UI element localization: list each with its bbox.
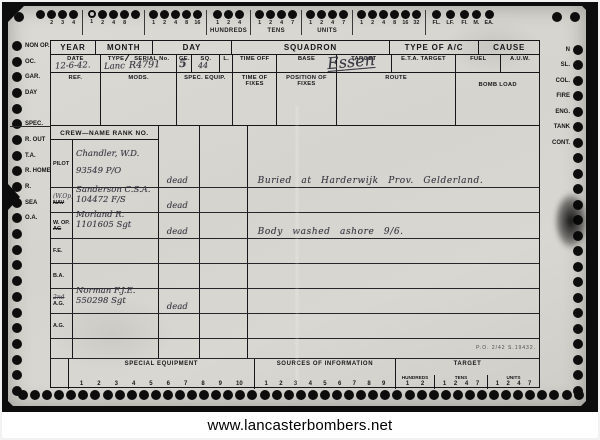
punch-hole: [446, 10, 455, 19]
punch-hole: [573, 324, 583, 334]
punch-hole: [489, 390, 499, 400]
scale-unit: 8: [389, 10, 400, 27]
crew-number-rank: 550298 Sgt: [76, 296, 158, 306]
scale-tick: 8: [367, 381, 370, 387]
scale-tick: 4: [517, 381, 520, 387]
scale-tick: 8: [393, 20, 396, 26]
header-cell: DAY: [153, 41, 233, 55]
crew-role-cell: B.A.: [51, 264, 73, 288]
right-edge-item: CONT.: [536, 135, 583, 151]
punch-hole: [308, 390, 318, 400]
punch-hole: [160, 10, 169, 19]
crew-spare-cell: [200, 339, 248, 358]
scale-tick: 4: [72, 20, 75, 26]
crew-status: dead: [167, 227, 188, 237]
scale-unit: M.: [471, 10, 482, 27]
detail-cell: ROUTE: [337, 73, 457, 126]
punch-hole: [472, 10, 481, 19]
crew-remark-cell: [248, 188, 539, 212]
scale-unit: 16: [192, 10, 203, 27]
scale-tick: 7: [342, 20, 345, 26]
scale-tick: 5: [149, 381, 152, 387]
edge-divider: [10, 126, 50, 127]
right-edge-item: N: [536, 42, 583, 58]
field-cell: TIME OFF: [233, 55, 277, 73]
bottom-punch-row: [18, 390, 584, 400]
punch-hole: [12, 104, 22, 114]
punch-hole: [78, 390, 88, 400]
right-edge-item: [536, 290, 583, 306]
crew-status-column-head: [159, 126, 200, 140]
punch-hole: [12, 355, 22, 365]
punch-hole: [255, 10, 264, 19]
punch-hole: [171, 10, 180, 19]
right-edge-item: [536, 166, 583, 182]
header-cell: CAUSE: [479, 41, 539, 55]
punch-hole: [260, 390, 270, 400]
crew-role-label: A.G.: [53, 301, 72, 307]
scale-label: TENS: [267, 27, 285, 35]
scale-unit: LF.: [443, 10, 457, 27]
target-scale: TARGETHUNDREDS12TENS1247UNITS1247: [396, 359, 539, 389]
scale-tick: 2: [454, 381, 457, 387]
punch-hole: [12, 370, 22, 380]
subgroup-ticks: 1247: [488, 381, 539, 389]
top-punch-scales: 2341248124816124HUNDREDS1247TENS1247UNIT…: [32, 10, 499, 35]
punch-hole: [88, 10, 96, 18]
punch-hole: [460, 10, 469, 19]
scale-tick: 2: [320, 20, 323, 26]
scale-unit: 8: [181, 10, 192, 27]
year-scale: 234: [32, 10, 82, 35]
punch-hole: [12, 276, 22, 286]
scale-tick: 1: [90, 19, 93, 25]
punch-hole: [477, 390, 487, 400]
scale-tick: 4: [112, 20, 115, 26]
crew-name: Chandler, W.D.: [76, 149, 158, 159]
crew-spare-cell: [200, 188, 248, 212]
scale-unit: 4: [68, 10, 79, 27]
right-edge-item: COL.: [536, 73, 583, 89]
target-subgroup: UNITS1247: [487, 375, 539, 389]
scale-tick: 2: [227, 20, 230, 26]
right-edge-label: COL.: [536, 78, 570, 84]
scale-unit: 4: [327, 10, 338, 27]
scale-unit: 1: [254, 10, 265, 27]
punch-hole: [12, 213, 22, 223]
punch-hole: [328, 10, 337, 19]
scale-label: HUNDREDS: [210, 27, 247, 35]
punch-hole: [573, 308, 583, 318]
scanned-photo: 2341248124816124HUNDREDS1247TENS1247UNIT…: [0, 0, 600, 440]
punch-hole: [573, 76, 583, 86]
punch-hole: [182, 10, 191, 19]
punch-hole: [42, 390, 52, 400]
crew-role-cell: (W.Op)NAV: [51, 188, 73, 212]
punch-hole: [175, 390, 185, 400]
right-edge-item: SL.: [536, 58, 583, 74]
crew-spare-cell: [200, 289, 248, 313]
punch-hole: [320, 390, 330, 400]
punch-hole: [573, 169, 583, 179]
crew-rows: PILOTChandler, W.D.93549 P/OdeadBuried a…: [51, 140, 539, 359]
punch-hole: [66, 390, 76, 400]
punch-hole: [380, 390, 390, 400]
crew-name-cell: [73, 239, 159, 263]
punch-hole: [98, 10, 107, 19]
punch-hole: [149, 10, 158, 19]
bottom-scales-band: SPECIAL EQUIPMENT12345678910SOURCES OF I…: [51, 359, 539, 389]
target-subgroup: TENS1247: [434, 375, 487, 389]
scale-unit: 2: [159, 10, 170, 27]
crew-spare-cell: [200, 140, 248, 187]
crew-role-cell: W. OP.AG: [51, 213, 73, 238]
scale-unit: [35, 10, 46, 27]
scale-unit: 1: [86, 10, 97, 27]
handwritten-ge: 5: [179, 57, 187, 70]
scale-tick: 32: [414, 20, 420, 26]
handwritten-squadron: 44: [198, 61, 208, 70]
crew-header-title: CREW—NAME RANK NO.: [51, 126, 159, 140]
right-edge-item: [536, 306, 583, 322]
scale-unit: 7: [338, 10, 349, 27]
crew-number-rank: 1101605 Sgt: [76, 220, 158, 230]
crew-spare-column-head: [200, 126, 248, 140]
punch-hole: [266, 10, 275, 19]
handwritten-date: 12-6-42.: [55, 60, 91, 71]
scale-unit: 1: [148, 10, 159, 27]
scale-tick: 4: [331, 20, 334, 26]
punch-hole: [12, 245, 22, 255]
target-subgroups: HUNDREDS12TENS1247UNITS1247: [396, 375, 539, 389]
punch-hole: [392, 390, 402, 400]
scale-tick: 7: [353, 381, 356, 387]
scale-tick: 1: [258, 20, 261, 26]
scale-unit: 16: [400, 10, 411, 27]
target-scale-title: TARGET: [396, 359, 539, 367]
crew-role-label: PILOT: [53, 161, 72, 167]
punch-hole: [115, 390, 125, 400]
scale-tick: LF.: [446, 20, 454, 26]
punch-hole: [296, 390, 306, 400]
target-subgroup: HUNDREDS12: [396, 375, 434, 389]
field-cell: L.: [220, 55, 233, 73]
cause-scale: FL.LF.FI.M.EA.: [425, 10, 499, 35]
scale-dots: 1247: [254, 10, 298, 27]
scale-unit: 4: [276, 10, 287, 27]
field-label: BASE: [298, 56, 315, 62]
scale-unit: 1: [305, 10, 316, 27]
loss-record-card: 2341248124816124HUNDREDS1247TENS1247UNIT…: [8, 6, 586, 406]
scale-tick: 2: [279, 381, 282, 387]
field-label: FUEL: [470, 56, 486, 62]
scale-dots: 234: [35, 10, 79, 27]
crew-role-cell: 2ndA.G.: [51, 289, 73, 313]
punch-hole: [573, 45, 583, 55]
scale-dots: 12481632: [356, 10, 422, 27]
crew-status: dead: [167, 201, 188, 211]
scale-unit: [130, 10, 141, 27]
punch-hole: [465, 390, 475, 400]
day-scale: 124816: [144, 10, 206, 35]
punch-hole: [513, 390, 523, 400]
punch-hole: [537, 390, 547, 400]
band-spacer: [51, 359, 69, 389]
crew-remark: Buried at Harderwijk Prov. Gelderland.: [258, 176, 484, 186]
right-edge-label: SL.: [536, 62, 570, 68]
subgroup-ticks: 1247: [435, 381, 487, 389]
header-cell: MONTH: [96, 41, 153, 55]
punch-hole: [223, 390, 233, 400]
scale-tick: 1: [152, 20, 155, 26]
scale-tick: 16: [194, 20, 200, 26]
crew-remark-cell: Buried at Harderwijk Prov. Gelderland.: [248, 140, 539, 187]
punch-hole: [12, 119, 22, 129]
punch-hole: [453, 390, 463, 400]
scale-tick: 3: [115, 381, 118, 387]
punch-hole: [344, 390, 354, 400]
scale-tick: 2: [50, 20, 53, 26]
scale-tick: 1: [443, 381, 446, 387]
crew-name-cell: Norman F.J.E.550298 Sgt: [73, 289, 159, 313]
right-edge-label: CONT.: [536, 140, 570, 146]
scale-unit: 4: [378, 10, 389, 27]
scale-dots: 1247: [305, 10, 349, 27]
scale-unit: 4: [170, 10, 181, 27]
handwritten-type: Lanc: [104, 61, 125, 72]
crew-remark-cell: [248, 289, 539, 313]
punch-hole: [12, 57, 22, 67]
scale-tick: EA.: [485, 20, 494, 26]
punch-hole: [501, 390, 511, 400]
scale-unit: EA.: [482, 10, 496, 27]
detail-cell: TIME OF FIXES: [233, 73, 277, 126]
scale-tick: FI.: [461, 20, 467, 26]
punch-hole: [429, 390, 439, 400]
punch-hole: [163, 390, 173, 400]
crew-name: Morland R.: [76, 210, 158, 220]
detail-cell: MODS.: [101, 73, 178, 126]
crew-role-cell: F.E.: [51, 239, 73, 263]
crew-status-cell: dead: [159, 289, 200, 313]
crew-row: 2ndA.G.Norman F.J.E.550298 Sgtdead: [51, 289, 539, 314]
scale-unit: 3: [57, 10, 68, 27]
scale-unit: 2: [265, 10, 276, 27]
scale-tick: 7: [184, 381, 187, 387]
punch-hole: [36, 10, 45, 19]
right-edge-item: [536, 321, 583, 337]
punch-hole: [485, 10, 494, 19]
crew-name: Sanderson C.S.A.: [76, 185, 158, 195]
punch-hole: [570, 12, 580, 22]
punch-hole: [284, 390, 294, 400]
squadron-tens-scale: 1247TENS: [250, 10, 301, 35]
scale-tick: 8: [185, 20, 188, 26]
scale-tick: 2: [421, 381, 424, 387]
scale-tick: 9: [382, 381, 385, 387]
handwritten-type-serial: LancR4791: [104, 59, 161, 72]
scale-tick: 1: [309, 20, 312, 26]
crew-number-rank: 104472 F/S: [76, 195, 158, 205]
crew-role-cell: A.G.: [51, 314, 73, 338]
punch-hole: [379, 10, 388, 19]
scale-tick: 3: [61, 20, 64, 26]
punch-hole: [131, 10, 140, 19]
punch-hole: [441, 390, 451, 400]
field-cell: FUEL: [456, 55, 501, 73]
detail-cell: POSITION OF FIXES: [277, 73, 337, 126]
punch-hole: [573, 339, 583, 349]
field-label: A.U.W.: [510, 56, 530, 62]
right-edge-label: N: [536, 47, 570, 53]
punch-hole: [211, 390, 221, 400]
scan-crease: [296, 106, 298, 386]
right-edge-item: [536, 259, 583, 275]
detail-cell: REF.: [51, 73, 101, 126]
detail-cell: SPEC. EQUIP.: [177, 73, 233, 126]
scale-unit: 2: [46, 10, 57, 27]
punch-hole: [58, 10, 67, 19]
scale-unit: 1: [356, 10, 367, 27]
scale-tick: 8: [201, 381, 204, 387]
right-edge-item: TANK: [536, 120, 583, 136]
punch-hole: [187, 390, 197, 400]
section-ticks: 12345678910: [69, 381, 254, 389]
crew-remark: Body washed ashore 9/6.: [258, 227, 404, 237]
punch-hole: [574, 390, 584, 400]
special-equipment-title: SPECIAL EQUIPMENT: [69, 359, 254, 367]
scale-unit: 2: [367, 10, 378, 27]
scale-tick: 4: [382, 20, 385, 26]
right-edge-item: [536, 352, 583, 368]
punch-hole: [235, 390, 245, 400]
watermark-bar: www.lancasterbombers.net: [2, 412, 598, 438]
watermark-text: www.lancasterbombers.net: [208, 417, 393, 434]
aircraft-type-scale: 12481632: [352, 10, 425, 35]
detail-cell: BOMB LOAD: [456, 73, 539, 126]
punch-hole: [12, 135, 22, 145]
right-edge-item: [536, 368, 583, 384]
punch-hole: [47, 10, 56, 19]
punch-hole: [235, 10, 244, 19]
punch-hole: [277, 10, 286, 19]
scale-unit: 7: [287, 10, 298, 27]
crew-status-cell: dead: [159, 213, 200, 238]
crew-row: W. OP.AGMorland R.1101605 SgtdeadBody wa…: [51, 213, 539, 239]
scale-tick: 7: [291, 20, 294, 26]
scale-tick: 1: [265, 381, 268, 387]
scale-unit: 2: [97, 10, 108, 27]
punch-hole: [224, 10, 233, 19]
punch-hole: [332, 390, 342, 400]
scale-tick: 1: [80, 381, 83, 387]
crew-name-cell: Morland R.1101605 Sgt: [73, 213, 159, 238]
crew-status-cell: [159, 239, 200, 263]
scale-tick: 9: [219, 381, 222, 387]
scale-tick: 1: [216, 20, 219, 26]
scale-tick: 6: [338, 381, 341, 387]
scale-unit: 2: [316, 10, 327, 27]
handwritten-serial: R4791: [129, 59, 161, 71]
scale-dots: FL.LF.FI.M.EA.: [429, 10, 496, 27]
punch-hole: [573, 277, 583, 287]
sources-of-information-title: SOURCES OF INFORMATION: [255, 359, 395, 367]
crew-role-label2: AG: [53, 226, 72, 232]
ink-smudge: [554, 192, 588, 250]
punch-hole: [405, 390, 415, 400]
punch-hole: [109, 10, 118, 19]
crew-role-cell: PILOT: [51, 140, 73, 187]
right-edge-label: ENG.: [536, 109, 570, 115]
crew-row: PILOTChandler, W.D.93549 P/OdeadBuried a…: [51, 140, 539, 188]
punch-hole: [573, 138, 583, 148]
header-cell: TYPE OF A/C: [390, 41, 480, 55]
punch-hole: [12, 308, 22, 318]
month-scale: 1248: [82, 10, 144, 35]
punch-hole: [12, 323, 22, 333]
scale-tick: 2: [371, 20, 374, 26]
punch-hole: [368, 10, 377, 19]
right-edge-label: FIRE: [536, 93, 570, 99]
squadron-units-scale: 1247UNITS: [301, 10, 352, 35]
punch-hole: [12, 151, 22, 161]
crew-row: F.E.: [51, 239, 539, 264]
crew-spare-cell: [200, 264, 248, 288]
scale-tick: 2: [97, 381, 100, 387]
punch-hole: [573, 153, 583, 163]
crew-remark-cell: Body washed ashore 9/6.: [248, 213, 539, 238]
crew-row: A.G.: [51, 314, 539, 339]
punch-hole: [30, 390, 40, 400]
crew-remark-cell: [248, 314, 539, 338]
scale-tick: 1: [496, 381, 499, 387]
crew-name-cell: [73, 264, 159, 288]
scale-tick: 4: [309, 381, 312, 387]
scale-tick: M.: [474, 20, 480, 26]
punch-hole: [12, 72, 22, 82]
detail-label-row: REF.MODS.SPEC. EQUIP.TIME OF FIXESPOSITI…: [51, 73, 539, 126]
punch-hole: [12, 260, 22, 270]
scale-tick: 5: [323, 381, 326, 387]
subgroup-label: UNITS: [492, 375, 535, 380]
punch-hole: [127, 390, 137, 400]
field-label: TIME OFF: [240, 56, 269, 62]
crew-status-cell: dead: [159, 188, 200, 212]
punch-hole: [193, 10, 202, 19]
punch-hole: [18, 390, 28, 400]
punch-hole: [401, 10, 410, 19]
printer-mark: P.O. 2/42 S.19432.: [401, 345, 536, 351]
scale-label: UNITS: [317, 27, 337, 35]
scale-tick: FL.: [432, 20, 440, 26]
punch-hole: [339, 10, 348, 19]
crew-name: Norman F.J.E.: [76, 286, 158, 296]
squadron-hundreds-scale: 124HUNDREDS: [206, 10, 250, 35]
punch-hole: [272, 390, 282, 400]
scale-tick: 7: [528, 381, 531, 387]
punch-hole: [573, 293, 583, 303]
punch-hole: [417, 390, 427, 400]
punch-hole: [552, 12, 562, 22]
crew-name-cell: Chandler, W.D.93549 P/O: [73, 140, 159, 187]
crew-spare-cell: [200, 239, 248, 263]
punch-hole: [573, 60, 583, 70]
scale-tick: 8: [123, 20, 126, 26]
punch-hole: [306, 10, 315, 19]
punch-hole: [356, 390, 366, 400]
crew-remarks-column-head: [248, 126, 539, 140]
right-edge-item: [536, 275, 583, 291]
